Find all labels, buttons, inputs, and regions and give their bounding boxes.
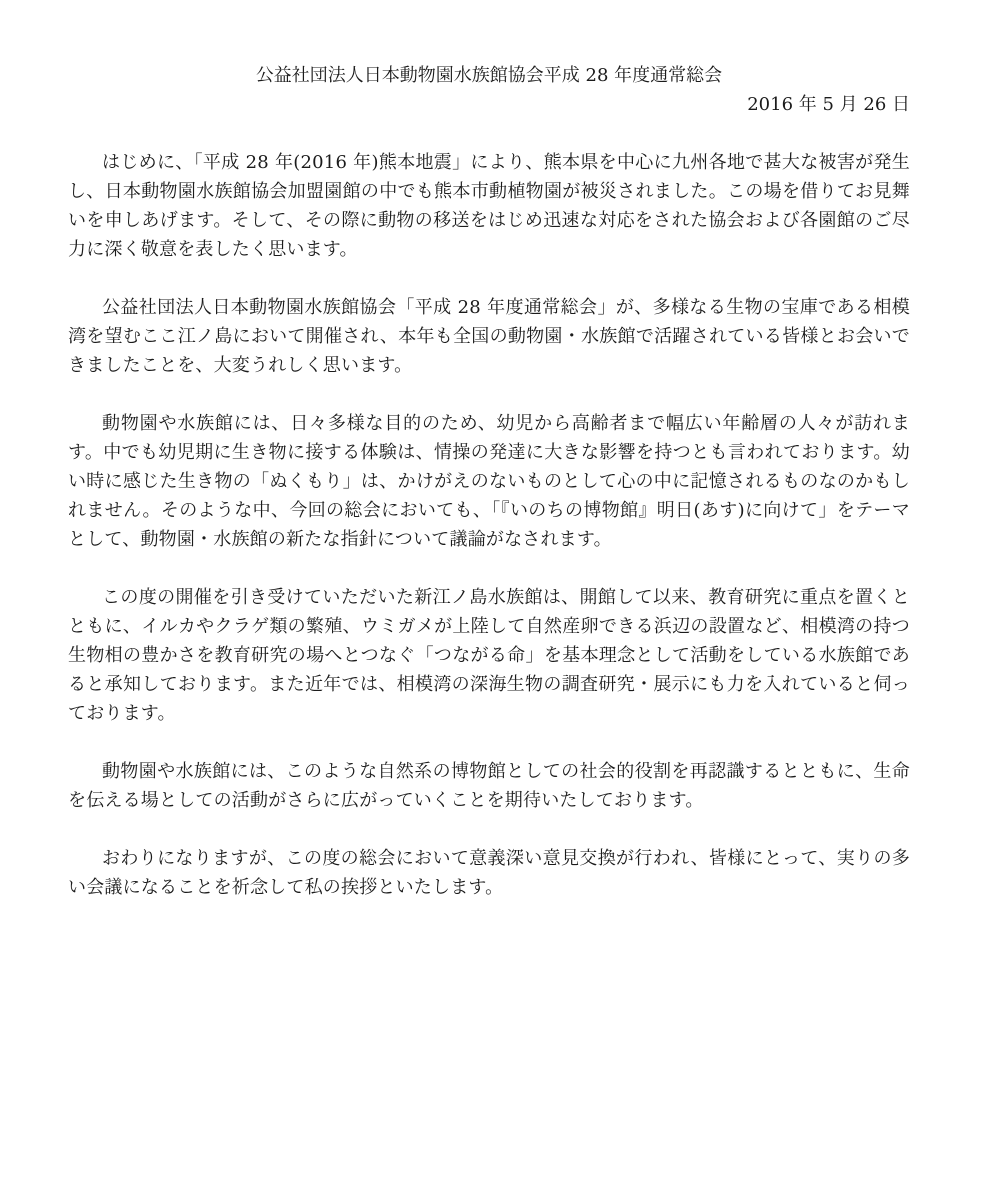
paragraph-general-meeting: 公益社団法人日本動物園水族館協会「平成 28 年度通常総会」が、多様なる生物の宝… (68, 293, 910, 380)
document-page: 公益社団法人日本動物園水族館協会平成 28 年度通常総会 2016 年 5 月 … (0, 0, 1000, 1200)
document-title: 公益社団法人日本動物園水族館協会平成 28 年度通常総会 (68, 61, 910, 90)
paragraph-museum-role: 動物園や水族館には、このような自然系の博物館としての社会的役割を再認識するととも… (68, 757, 910, 815)
paragraph-enoshima-aquarium: この度の開催を引き受けていただいた新江ノ島水族館は、開館して以来、教育研究に重点… (68, 583, 910, 728)
paragraph-greeting-earthquake: はじめに、「平成 28 年(2016 年)熊本地震」により、熊本県を中心に九州各… (68, 148, 910, 264)
paragraph-closing: おわりになりますが、この度の総会において意義深い意見交換が行われ、皆様にとって、… (68, 844, 910, 902)
document-date: 2016 年 5 月 26 日 (68, 90, 910, 119)
paragraph-visitors-theme: 動物園や水族館には、日々多様な目的のため、幼児から高齢者まで幅広い年齢層の人々が… (68, 409, 910, 554)
